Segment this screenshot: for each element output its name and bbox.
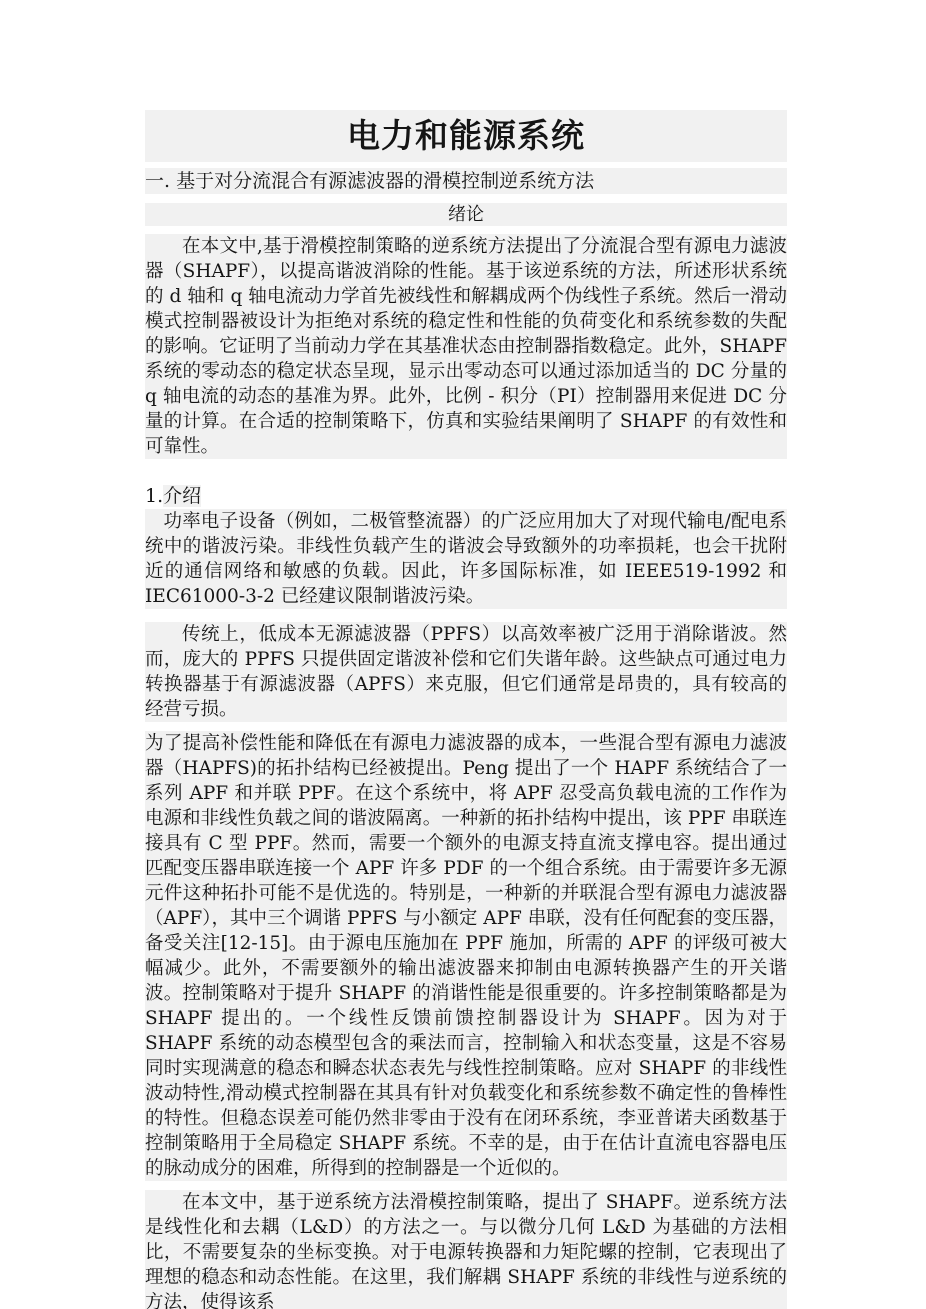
section1-heading: 一. 基于对分流混合有源滤波器的滑模控制逆系统方法 bbox=[145, 168, 787, 194]
intro-paragraph-1: 功率电子设备（例如，二极管整流器）的广泛应用加大了对现代输电/配电系统中的谐波污… bbox=[145, 509, 787, 609]
intro-heading: 1.介绍 bbox=[145, 485, 787, 507]
abstract-paragraph: 在本文中,基于滑模控制策略的逆系统方法提出了分流混合型有源电力滤波器（SHAPF… bbox=[145, 234, 787, 459]
intro-paragraph-4: 在本文中，基于逆系统方法滑模控制策略，提出了 SHAPF。逆系统方法是线性化和去… bbox=[145, 1190, 787, 1309]
intro-paragraph-2: 传统上，低成本无源滤波器（PPFS）以高效率被广泛用于消除谐波。然而，庞大的 P… bbox=[145, 622, 787, 722]
document-page: 电力和能源系统 一. 基于对分流混合有源滤波器的滑模控制逆系统方法 绪论 在本文… bbox=[0, 0, 926, 1309]
intro-heading-label: 介绍 bbox=[163, 485, 201, 507]
document-title: 电力和能源系统 bbox=[347, 116, 585, 155]
intro-heading-number: 1. bbox=[145, 485, 163, 507]
abstract-heading: 绪论 bbox=[145, 203, 787, 226]
document-title-block: 电力和能源系统 bbox=[145, 110, 787, 162]
intro-paragraph-3: 为了提高补偿性能和降低在有源电力滤波器的成本，一些混合型有源电力滤波器（HAPF… bbox=[145, 731, 787, 1181]
